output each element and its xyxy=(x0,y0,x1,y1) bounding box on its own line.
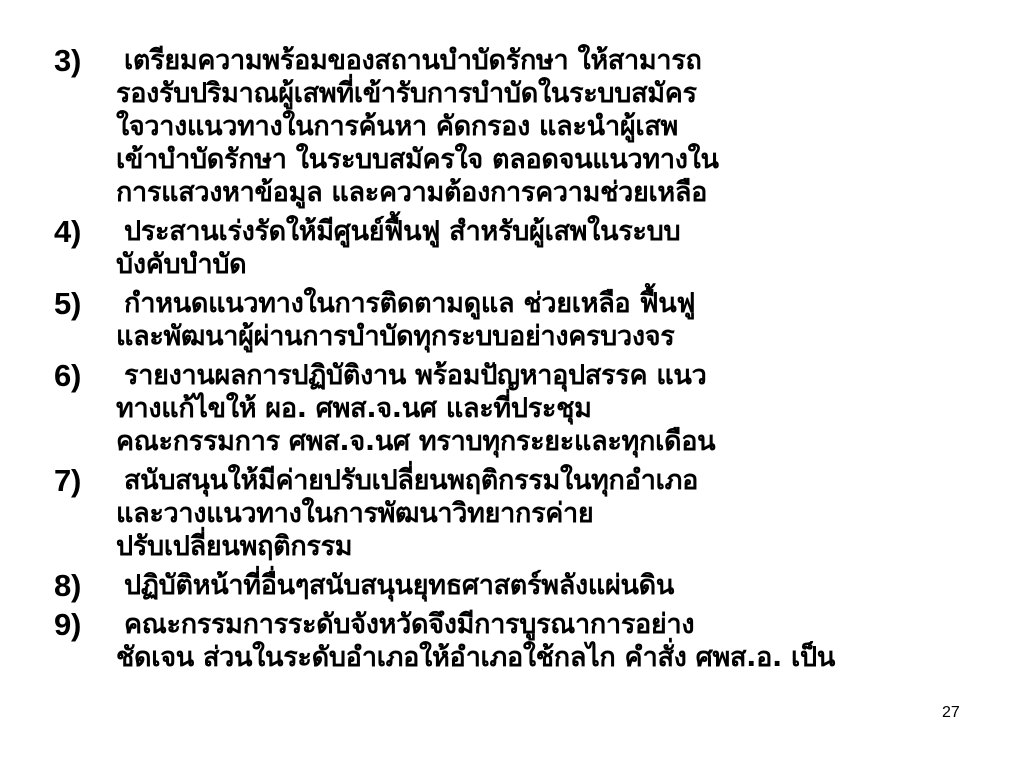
list-item-7: 7) สนับสนุนให้มีค่ายปรับเปลี่ยนพฤติกรรมใ… xyxy=(54,464,994,563)
item-text-line: และวางแนวทางในการพัฒนาวิทยากรค่าย xyxy=(116,497,994,530)
item-number: 6) xyxy=(54,359,81,392)
list-item-9: 9) คณะกรรมการระดับจังหวัดจึงมีการบูรณากา… xyxy=(54,608,994,674)
item-text-line: ประสานเร่งรัดให้มีศูนย์ฟื้นฟู สำหรับผู้เ… xyxy=(116,215,994,248)
item-text-line: กำหนดแนวทางในการติดตามดูแล ช่วยเหลือ ฟื้… xyxy=(116,287,994,320)
item-text-line: และพัฒนาผู้ผ่านการบำบัดทุกระบบอย่างครบวง… xyxy=(116,320,994,353)
item-text-line: เข้าบำบัดรักษา ในระบบสมัครใจ ตลอดจนแนวทา… xyxy=(116,143,994,176)
item-text-line: ปรับเปลี่ยนพฤติกรรม xyxy=(116,530,994,563)
page-number: 27 xyxy=(942,704,960,722)
item-text-line: บังคับบำบัด xyxy=(116,248,994,281)
item-number: 7) xyxy=(54,464,81,497)
list-item-3: 3) เตรียมความพร้อมของสถานบำบัดรักษา ให้ส… xyxy=(54,44,994,209)
item-text-line: คณะกรรมการระดับจังหวัดจึงมีการบูรณาการอย… xyxy=(116,608,994,641)
item-text-line: สนับสนุนให้มีค่ายปรับเปลี่ยนพฤติกรรมในทุ… xyxy=(116,464,994,497)
slide: 3) เตรียมความพร้อมของสถานบำบัดรักษา ให้ส… xyxy=(0,0,1024,768)
item-text-line: คณะกรรมการ ศพส.จ.นศ ทราบทุกระยะและทุกเดื… xyxy=(116,425,994,458)
numbered-list: 3) เตรียมความพร้อมของสถานบำบัดรักษา ให้ส… xyxy=(54,44,994,680)
item-number: 8) xyxy=(54,569,81,602)
item-text-line: การแสวงหาข้อมูล และความต้องการความช่วยเห… xyxy=(116,176,994,209)
item-number: 9) xyxy=(54,608,81,641)
item-number: 5) xyxy=(54,287,81,320)
item-text-line: รายงานผลการปฏิบัติงาน พร้อมปัญหาอุปสรรค … xyxy=(116,359,994,392)
item-number: 4) xyxy=(54,215,81,248)
item-number: 3) xyxy=(54,44,81,77)
list-item-4: 4) ประสานเร่งรัดให้มีศูนย์ฟื้นฟู สำหรับผ… xyxy=(54,215,994,281)
item-text-line: ชัดเจน ส่วนในระดับอำเภอให้อำเภอใช้กลไก ค… xyxy=(116,641,994,674)
item-text-line: ปฏิบัติหน้าที่อื่นๆสนับสนุนยุทธศาสตร์พลั… xyxy=(116,569,994,602)
item-text-line: ทางแก้ไขให้ ผอ. ศพส.จ.นศ และที่ประชุม xyxy=(116,392,994,425)
item-text-line: ใจวางแนวทางในการค้นหา คัดกรอง และนำผู้เส… xyxy=(116,110,994,143)
list-item-6: 6) รายงานผลการปฏิบัติงาน พร้อมปัญหาอุปสร… xyxy=(54,359,994,458)
item-text-line: รองรับปริมาณผู้เสพที่เข้ารับการบำบัดในระ… xyxy=(116,77,994,110)
list-item-5: 5) กำหนดแนวทางในการติดตามดูแล ช่วยเหลือ … xyxy=(54,287,994,353)
item-text-line: เตรียมความพร้อมของสถานบำบัดรักษา ให้สามา… xyxy=(116,44,994,77)
list-item-8: 8) ปฏิบัติหน้าที่อื่นๆสนับสนุนยุทธศาสตร์… xyxy=(54,569,994,602)
